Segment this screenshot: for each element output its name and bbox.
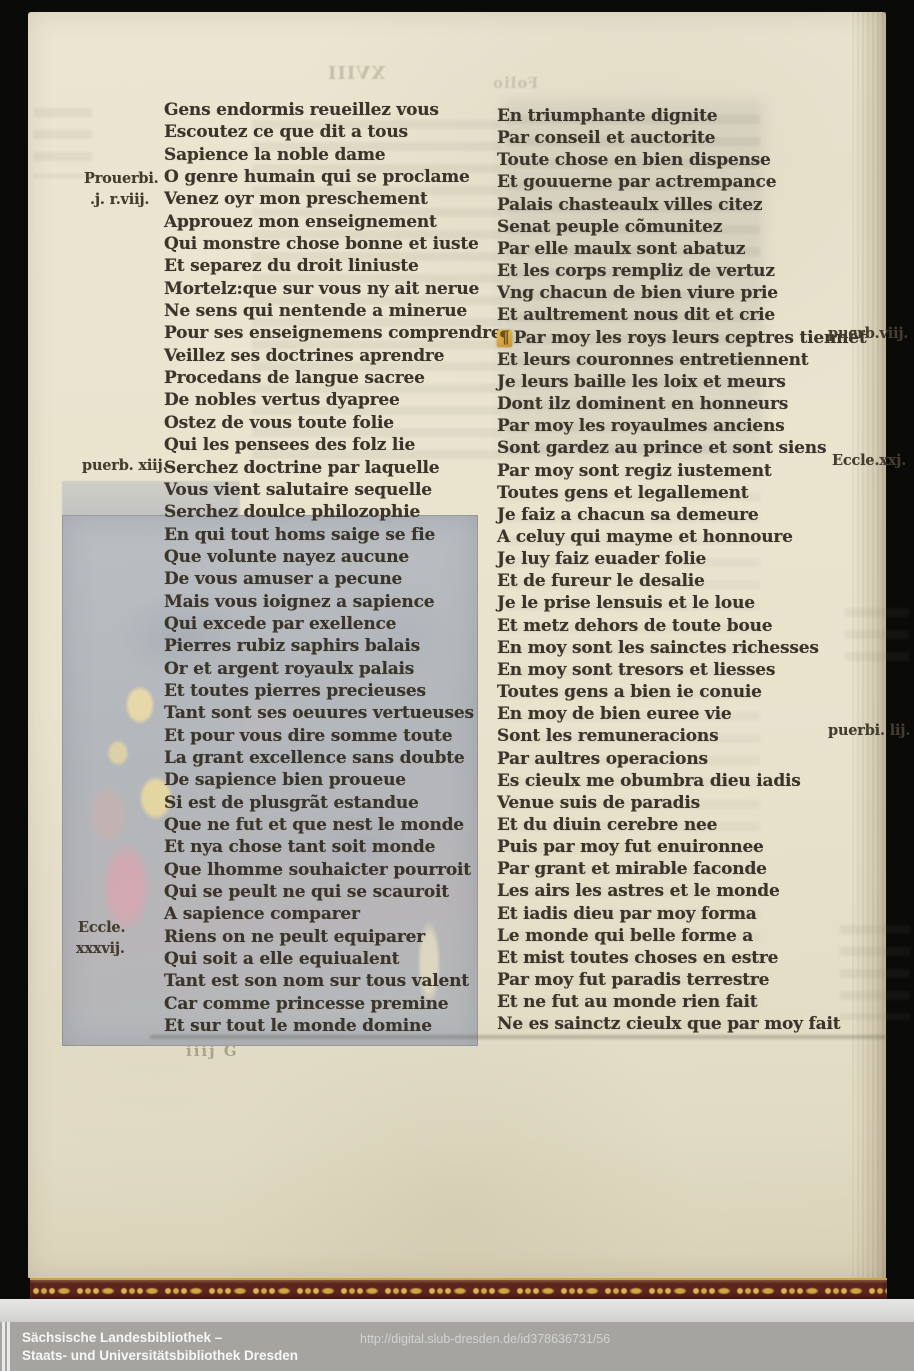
verse-line: Et les corps rempliz de vertuz (497, 260, 842, 282)
verse-line: Les airs les astres et le monde (497, 880, 842, 902)
verse-line: En moy sont les sainctes richesses (497, 637, 842, 659)
verse-line: Que ne fut et que nest le monde (164, 814, 509, 836)
verse-line: Par moy sont regiz iustement (497, 460, 842, 482)
verse-line: Venez oyr mon preschement (164, 188, 509, 210)
verse-line: Et pour vous dire somme toute (164, 725, 509, 747)
verse-line: Or et argent royaulx palais (164, 658, 509, 680)
margin-note-eccle: Eccle. (78, 919, 125, 936)
verse-line: Je le prise lensuis et le loue (497, 592, 842, 614)
verse-line: Et ne fut au monde rien fait (497, 991, 842, 1013)
source-url: http://digital.slub-dresden.de/id3786367… (360, 1332, 610, 1346)
verse-line: Et metz dehors de toute boue (497, 615, 842, 637)
verse-line: A celuy qui mayme et honnoure (497, 526, 842, 548)
verse-line: Que lhomme souhaicter pourroit (164, 859, 509, 881)
verse-line: Le monde qui belle forme a (497, 925, 842, 947)
right-column-verse: En triumphante dignitePar conseil et auc… (497, 105, 842, 1036)
verse-line: A sapience comparer (164, 903, 509, 925)
verse-line: Sapience la noble dame (164, 144, 509, 166)
verse-line: En triumphante dignite (497, 105, 842, 127)
verse-line: Venue suis de paradis (497, 792, 842, 814)
verse-line: Qui soit a elle equiualent (164, 948, 509, 970)
margin-note-eccle-ref: xxxvij. (76, 940, 125, 957)
verse-line: De vous amuser a pecune (164, 568, 509, 590)
bleedthrough-page-number: XVIII (327, 63, 385, 84)
verse-line: Serchez doctrine par laquelle (164, 457, 509, 479)
verse-line: Puis par moy fut enuironnee (497, 836, 842, 858)
verse-line: Je leurs baille les loix et meurs (497, 371, 842, 393)
margin-note-proverbs-52: puerbi. lij. (828, 722, 910, 739)
verse-line: Pierres rubiz saphirs balais (164, 635, 509, 657)
margin-note-proverbs-8: puerb.viij. (828, 325, 908, 342)
verse-line: Dont ilz dominent en honneurs (497, 393, 842, 415)
verse-line: Toute chose en bien dispense (497, 149, 842, 171)
verse-line: Tant sont ses oeuures vertueuses (164, 702, 509, 724)
verse-line: Et iadis dieu par moy forma (497, 903, 842, 925)
verse-line: O genre humain qui se proclame (164, 166, 509, 188)
verse-line: Toutes gens et legallement (497, 482, 842, 504)
verse-line: Riens on ne peult equiparer (164, 926, 509, 948)
verse-line: Procedans de langue sacree (164, 367, 509, 389)
verse-line: Escoutez ce que dit a tous (164, 121, 509, 143)
scan-backdrop-strip (0, 1299, 914, 1322)
bleedthrough-right-margin-1 (845, 608, 909, 670)
ink-smudge (150, 1035, 886, 1039)
verse-line: Et aultrement nous dit et crie (497, 304, 842, 326)
verse-line: Es cieulx me obumbra dieu iadis (497, 770, 842, 792)
verse-line: Si est de plusgrãt estandue (164, 792, 509, 814)
verse-line: En moy sont tresors et liesses (497, 659, 842, 681)
verse-line: Et nya chose tant soit monde (164, 836, 509, 858)
verse-line: Et du diuin cerebre nee (497, 814, 842, 836)
verse-line: Par elle maulx sont abatuz (497, 238, 842, 260)
library-name: Sächsische Landesbibliothek – Staats- un… (22, 1329, 298, 1365)
verse-line: Ne sens qui nentende a minerue (164, 300, 509, 322)
verse-line: Et toutes pierres precieuses (164, 680, 509, 702)
verse-line: Par conseil et auctorite (497, 127, 842, 149)
verse-line: Par moy les royaulmes anciens (497, 415, 842, 437)
verse-line: Sont gardez au prince et sont siens (497, 437, 842, 459)
verse-line: Par moy fut paradis terrestre (497, 969, 842, 991)
verse-line: Vng chacun de bien viure prie (497, 282, 842, 304)
verse-line: Par grant et mirable faconde (497, 858, 842, 880)
verse-line: De sapience bien proueue (164, 769, 509, 791)
verse-line: Veillez ses doctrines aprendre (164, 345, 509, 367)
verse-line: Je faiz a chacun sa demeure (497, 504, 842, 526)
verse-line: Et de fureur le desalie (497, 570, 842, 592)
verse-line: Serchez doulce philozophie (164, 501, 509, 523)
footer-bar: Sächsische Landesbibliothek – Staats- un… (0, 1322, 914, 1371)
margin-note-proverbs-ref: .j. r.viij. (90, 191, 149, 208)
verse-line: Mais vous ioignez a sapience (164, 591, 509, 613)
bleedthrough-right-margin-2 (840, 925, 910, 1020)
verse-line: Qui se peult ne qui se scauroit (164, 881, 509, 903)
library-name-line2: Staats- und Universitätsbibliothek Dresd… (22, 1347, 298, 1365)
verse-line: Ostez de vous toute folie (164, 412, 509, 434)
verse-line: Gens endormis reueillez vous (164, 99, 509, 121)
verse-line: De nobles vertus dyapree (164, 389, 509, 411)
verse-line: Et gouuerne par actrempance (497, 171, 842, 193)
verse-line: Que volunte nayez aucune (164, 546, 509, 568)
verse-line: Et mist toutes choses en estre (497, 947, 842, 969)
left-column-verse: Gens endormis reueillez vousEscoutez ce … (164, 99, 509, 1037)
verse-line: ¶Par moy les roys leurs ceptres tiennēt (497, 327, 842, 349)
gilt-book-edge (30, 1278, 887, 1301)
footer-edge-line (7, 1322, 10, 1371)
library-name-line1: Sächsische Landesbibliothek – (22, 1329, 298, 1347)
verse-line: En qui tout homs saige se fie (164, 524, 509, 546)
verse-line: Et leurs couronnes entretiennent (497, 349, 842, 371)
verse-line: Qui les pensees des folz lie (164, 434, 509, 456)
margin-note-eccle-21: Eccle.xxj. (832, 452, 906, 469)
verse-line: Approuez mon enseignement (164, 211, 509, 233)
bleedthrough-left-margin (34, 108, 92, 178)
verse-line: Qui monstre chose bonne et iuste (164, 233, 509, 255)
verse-line: Palais chasteaulx villes citez (497, 194, 842, 216)
verse-line: Et separez du droit liniuste (164, 255, 509, 277)
bleedthrough-folio-label: Folio (492, 74, 538, 92)
verse-line: La grant excellence sans doubte (164, 747, 509, 769)
verse-line: Sont les remuneracions (497, 725, 842, 747)
verse-line: En moy de bien euree vie (497, 703, 842, 725)
verse-line: Mortelz:que sur vous ny ait nerue (164, 278, 509, 300)
verse-line: Qui excede par exellence (164, 613, 509, 635)
highlighted-pilcrow: ¶ (497, 330, 512, 347)
quire-signature-mark: iiij G (186, 1042, 239, 1060)
verse-line: Vous vient salutaire sequelle (164, 479, 509, 501)
verse-line: Ne es sainctz cieulx que par moy fait (497, 1013, 842, 1035)
verse-line: Je luy faiz euader folie (497, 548, 842, 570)
digitized-manuscript-scan: XVIII Folio Gens endormis reueillez vous… (0, 0, 914, 1371)
margin-note-proverbs: Prouerbi. (84, 170, 159, 187)
verse-line: Senat peuple cõmunitez (497, 216, 842, 238)
footer-edge-line (2, 1322, 5, 1371)
verse-line: Pour ses enseignemens comprendre (164, 322, 509, 344)
margin-note-proverbs-13: puerb. xiij. (82, 457, 167, 474)
verse-line: Par aultres operacions (497, 748, 842, 770)
verse-line: Tant est son nom sur tous valent (164, 970, 509, 992)
verse-line: Toutes gens a bien ie conuie (497, 681, 842, 703)
verse-line: Car comme princesse premine (164, 993, 509, 1015)
